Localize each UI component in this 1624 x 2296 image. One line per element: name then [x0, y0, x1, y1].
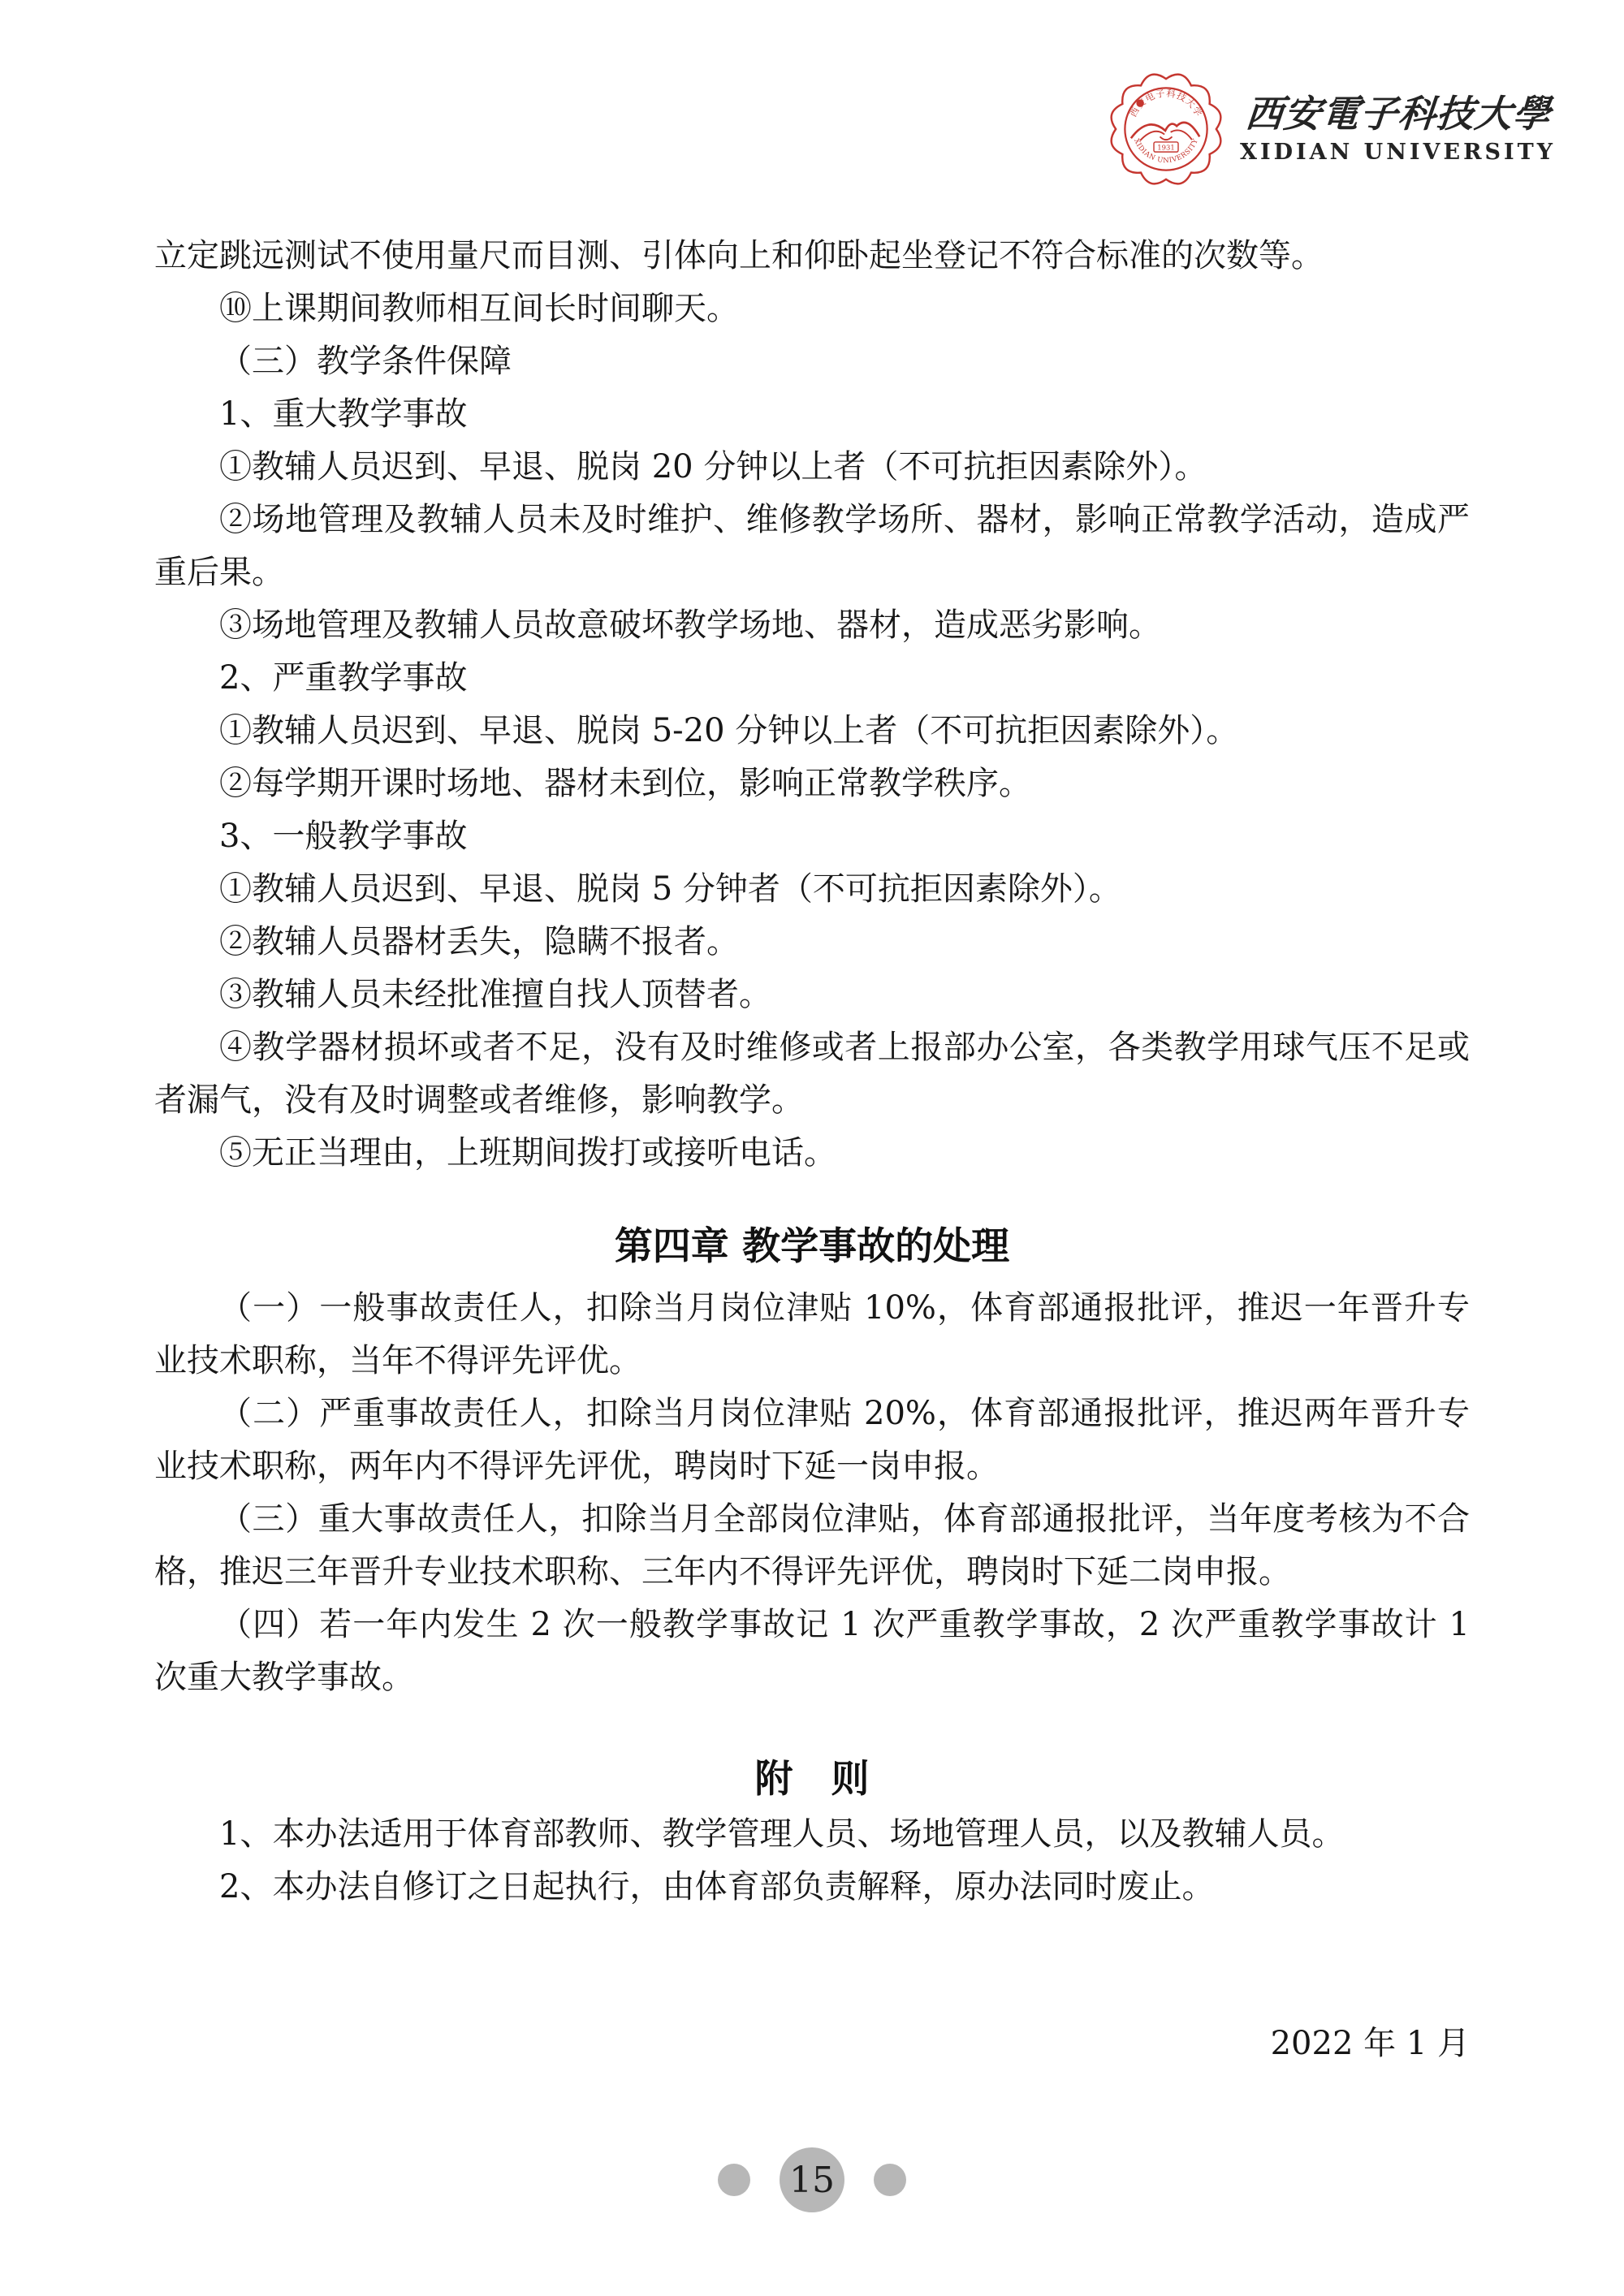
paragraph: ②教辅人员器材丢失，隐瞒不报者。 — [154, 916, 1470, 969]
paragraph: ②每学期开课时场地、器材未到位，影响正常教学秩序。 — [154, 757, 1470, 810]
seal-bird-icon — [1131, 123, 1199, 140]
paragraph: ①教辅人员迟到、早退、脱岗 5 分钟者（不可抗拒因素除外）。 — [154, 863, 1470, 916]
paragraph: ①教辅人员迟到、早退、脱岗 20 分钟以上者（不可抗拒因素除外）。 — [154, 441, 1470, 494]
page-footer: 15 — [0, 2147, 1624, 2212]
paragraph: 1、本办法适用于体育部教师、教学管理人员、场地管理人员，以及教辅人员。 — [154, 1808, 1470, 1861]
university-wordmark: 西安電子科技大學 XIDIAN UNIVERSITY — [1240, 93, 1556, 166]
document-page: 西安电子科技大学 1931 XIDIAN UNIVERSITY 西安電子科技大學… — [0, 0, 1624, 2296]
page-number-badge: 15 — [780, 2147, 844, 2212]
paragraph: （三）教学条件保障 — [154, 335, 1470, 388]
paragraph: ④教学器材损坏或者不足，没有及时维修或者上报部办公室，各类教学用球气压不足或者漏… — [154, 1021, 1470, 1127]
university-name-en: XIDIAN UNIVERSITY — [1240, 140, 1556, 165]
paragraph: ③场地管理及教辅人员故意破坏教学场地、器材，造成恶劣影响。 — [154, 599, 1470, 652]
paragraph: ②场地管理及教辅人员未及时维护、维修教学场所、器材，影响正常教学活动，造成严重后… — [154, 494, 1470, 599]
paragraph: （一）一般事故责任人，扣除当月岗位津贴 10%，体育部通报批评，推迟一年晋升专业… — [154, 1282, 1470, 1388]
paragraph: ⑤无正当理由，上班期间拨打或接听电话。 — [154, 1127, 1470, 1180]
appendix-heading: 附 则 — [154, 1751, 1470, 1808]
paragraph: （四）若一年内发生 2 次一般教学事故记 1 次严重教学事故，2 次严重教学事故… — [154, 1599, 1470, 1704]
paragraph: （三）重大事故责任人，扣除当月全部岗位津贴，体育部通报批评，当年度考核为不合格，… — [154, 1493, 1470, 1599]
paragraph: 1、重大教学事故 — [154, 388, 1470, 441]
svg-text:西安电子科技大学: 西安电子科技大学 — [1128, 88, 1204, 119]
paragraph: 3、一般教学事故 — [154, 810, 1470, 863]
paragraph: 立定跳远测试不使用量尺而目测、引体向上和仰卧起坐登记不符合标准的次数等。 — [154, 230, 1470, 283]
document-date: 2022 年 1 月 — [154, 2018, 1470, 2070]
document-body: 立定跳远测试不使用量尺而目测、引体向上和仰卧起坐登记不符合标准的次数等。 ⑩上课… — [154, 230, 1470, 2070]
paragraph: 2、本办法自修订之日起执行，由体育部负责解释，原办法同时废止。 — [154, 1861, 1470, 1914]
university-seal-icon: 西安电子科技大学 1931 XIDIAN UNIVERSITY — [1105, 68, 1227, 190]
paragraph: ①教辅人员迟到、早退、脱岗 5-20 分钟以上者（不可抗拒因素除外）。 — [154, 705, 1470, 757]
paragraph: ③教辅人员未经批准擅自找人顶替者。 — [154, 969, 1470, 1021]
chapter-4-heading: 第四章 教学事故的处理 — [154, 1219, 1470, 1275]
footer-dot-right — [874, 2164, 906, 2196]
paragraph: 2、严重教学事故 — [154, 652, 1470, 705]
seal-year: 1931 — [1157, 143, 1174, 151]
seal-arc-text-cn: 西安电子科技大学 — [1128, 88, 1204, 119]
footer-dot-left — [718, 2164, 750, 2196]
paragraph: ⑩上课期间教师相互间长时间聊天。 — [154, 283, 1470, 335]
university-name-cn: 西安電子科技大學 — [1243, 93, 1552, 135]
university-logo: 西安电子科技大学 1931 XIDIAN UNIVERSITY 西安電子科技大學… — [1105, 68, 1556, 190]
paragraph: （二）严重事故责任人，扣除当月岗位津贴 20%，体育部通报批评，推迟两年晋升专业… — [154, 1388, 1470, 1493]
